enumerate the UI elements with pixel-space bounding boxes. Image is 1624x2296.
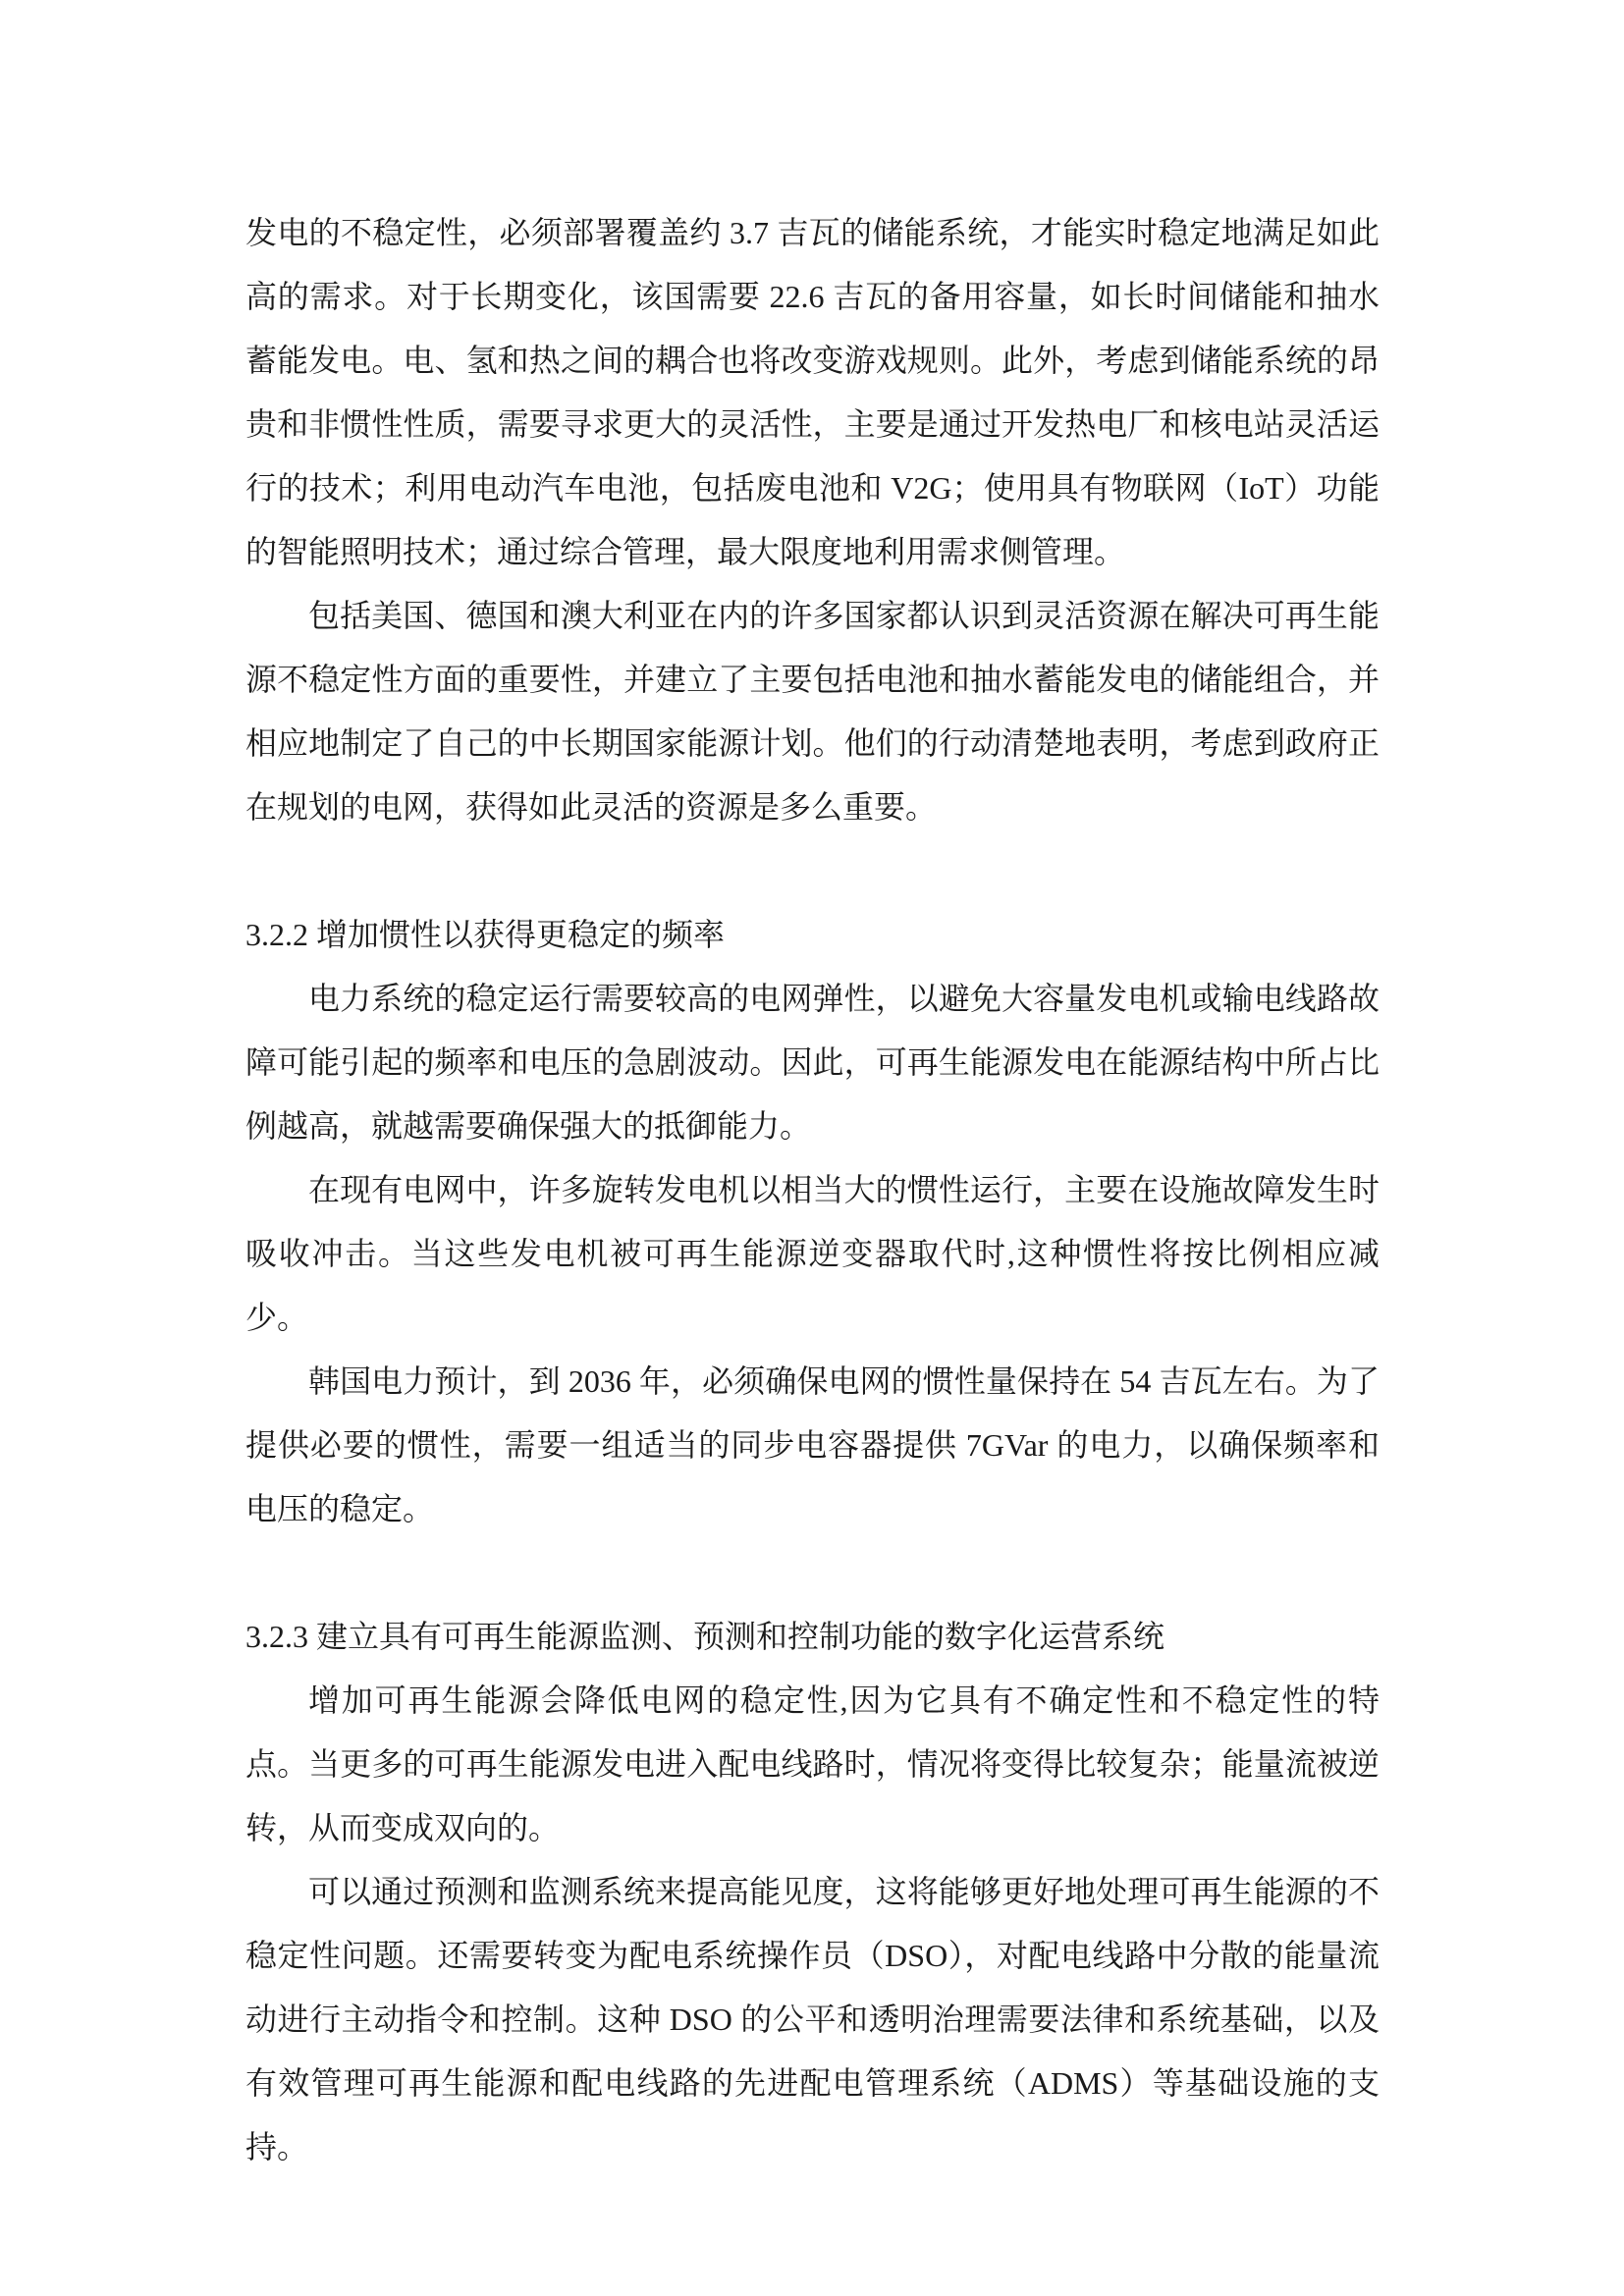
page-content: 发电的不稳定性，必须部署覆盖约 3.7 吉瓦的储能系统，才能实时稳定地满足如此高… <box>245 201 1380 2179</box>
paragraph-kepco-inertia-forecast: 韩国电力预计，到 2036 年，必须确保电网的惯性量保持在 54 吉瓦左右。为了… <box>245 1350 1380 1541</box>
section-heading-3-2-3: 3.2.3 建立具有可再生能源监测、预测和控制功能的数字化运营系统 <box>245 1605 1380 1669</box>
paragraph-grid-resilience: 电力系统的稳定运行需要较高的电网弹性，以避免大容量发电机或输电线路故障可能引起的… <box>245 967 1380 1158</box>
paragraph-renewables-stability: 增加可再生能源会降低电网的稳定性,因为它具有不确定性和不稳定性的特点。当更多的可… <box>245 1669 1380 1860</box>
paragraph-national-energy-plans: 包括美国、德国和澳大利亚在内的许多国家都认识到灵活资源在解决可再生能源不稳定性方… <box>245 584 1380 839</box>
paragraph-rotating-generators: 在现有电网中，许多旋转发电机以相当大的惯性运行，主要在设施故障发生时吸收冲击。当… <box>245 1158 1380 1350</box>
paragraph-storage-systems: 发电的不稳定性，必须部署覆盖约 3.7 吉瓦的储能系统，才能实时稳定地满足如此高… <box>245 201 1380 584</box>
paragraph-dso-adms: 可以通过预测和监测系统来提高能见度，这将能够更好地处理可再生能源的不稳定性问题。… <box>245 1860 1380 2179</box>
document-page: { "page": { "background_color": "#ffffff… <box>0 0 1624 2296</box>
section-heading-3-2-2: 3.2.2 增加惯性以获得更稳定的频率 <box>245 903 1380 967</box>
